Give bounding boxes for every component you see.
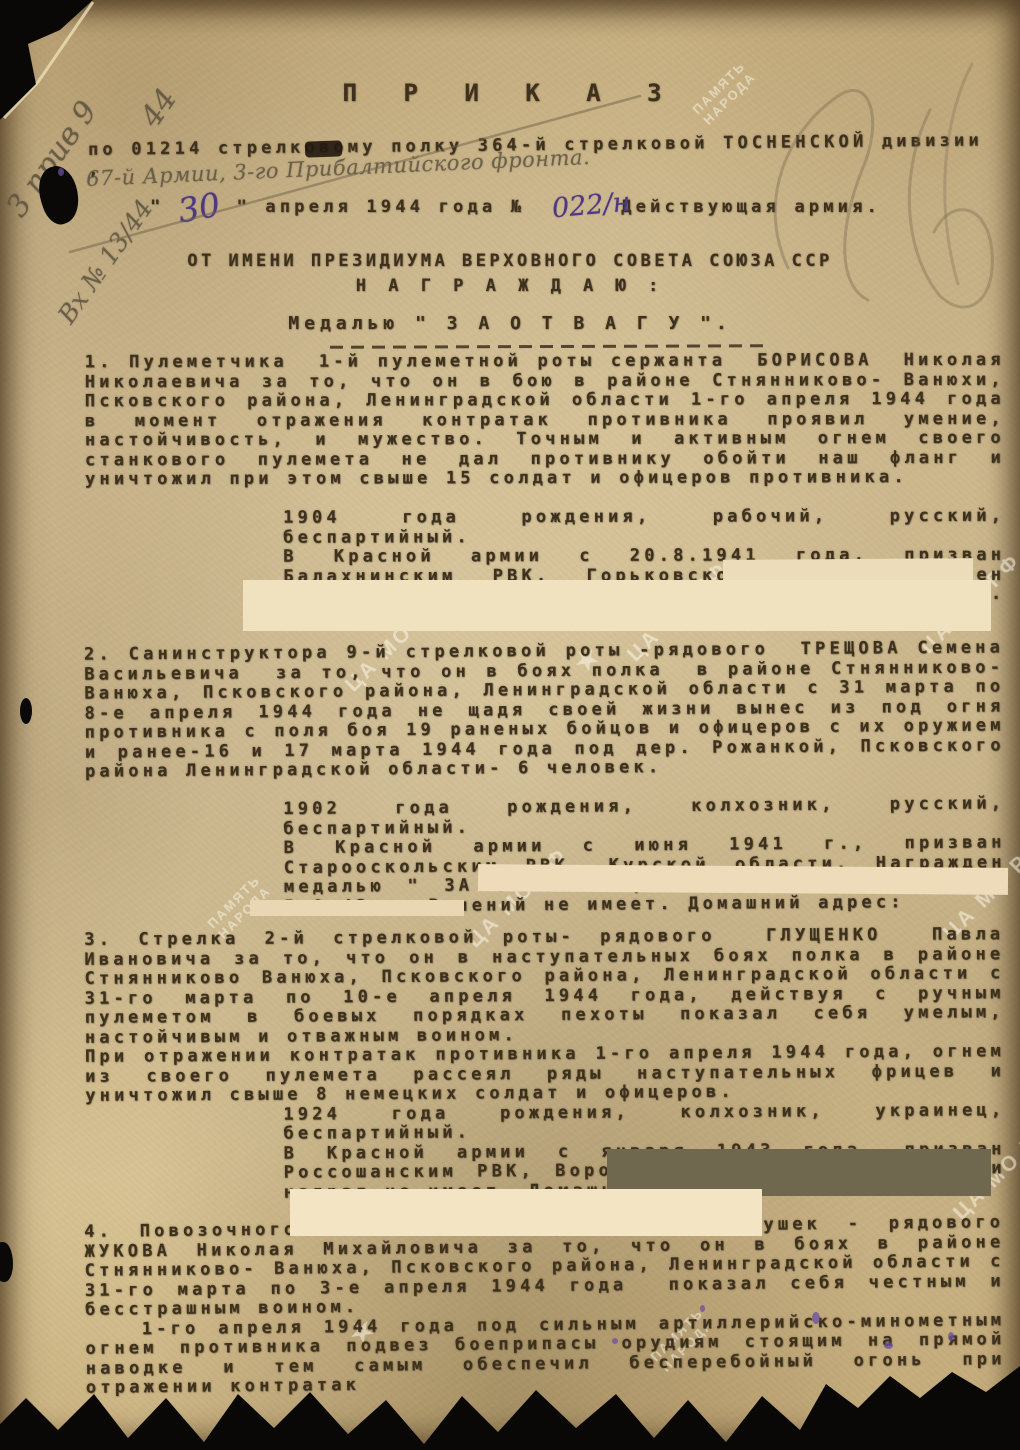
preamble-line1: ОТ ИМЕНИ ПРЕЗИДИУМА ВЕРХОВНОГО СОВЕТА СО… xyxy=(0,252,1020,272)
redaction-block xyxy=(478,864,1008,895)
handwritten-order-number: 022/н xyxy=(551,187,632,225)
ink-speck xyxy=(700,1305,705,1312)
document-page: ★ ЦА МО РФ ★ ЦА МО РФ ЦА МО РФ ПАМЯТЬ НА… xyxy=(0,0,1020,1450)
ink-speck xyxy=(884,1342,893,1349)
award-entry-bio: 1902 года рождения, колхозник, русский, … xyxy=(283,794,1006,917)
ink-speck xyxy=(612,1338,618,1344)
ink-speck xyxy=(812,1312,820,1324)
award-entry-4: 4. Повозочного боепитания батареи 76 мм.… xyxy=(84,1213,1006,1398)
redaction-block xyxy=(243,580,991,631)
award-entry-citation: 3. Стрелка 2-й стрелковой роты- рядового… xyxy=(84,925,1005,1106)
scanned-document: ★ ЦА МО РФ ★ ЦА МО РФ ЦА МО РФ ПАМЯТЬ НА… xyxy=(0,0,1020,1450)
award-entry-citation: 4. Повозочного боепитания батареи 76 мм.… xyxy=(84,1213,1006,1398)
handwritten-day: 30 xyxy=(175,185,223,231)
ink-speck xyxy=(948,1332,954,1341)
preamble-line2: Н А Г Р А Ж Д А Ю : xyxy=(0,277,1020,297)
ink-speck xyxy=(58,168,64,176)
date-army-note: Действующая армия. xyxy=(621,197,881,217)
medal-heading: Медалью " З А О Т В А Г У ". xyxy=(0,314,1020,334)
date-month-year: " апреля 1944 года № xyxy=(236,197,525,217)
redaction-block xyxy=(250,900,464,916)
redaction-block xyxy=(723,558,973,582)
paper-hole xyxy=(20,698,32,724)
order-date-line: "" апреля 1944 года №Действующая армия. xyxy=(150,198,881,218)
paper-hole xyxy=(0,1242,13,1282)
award-entry-citation: 2. Санинструктора 9-й стрелковой роты -р… xyxy=(84,638,1005,801)
medal-underline xyxy=(330,344,770,349)
redaction-block xyxy=(290,1189,762,1236)
award-entry-citation: 1. Пулеметчика 1-й пулеметной роты сержа… xyxy=(85,351,1005,509)
